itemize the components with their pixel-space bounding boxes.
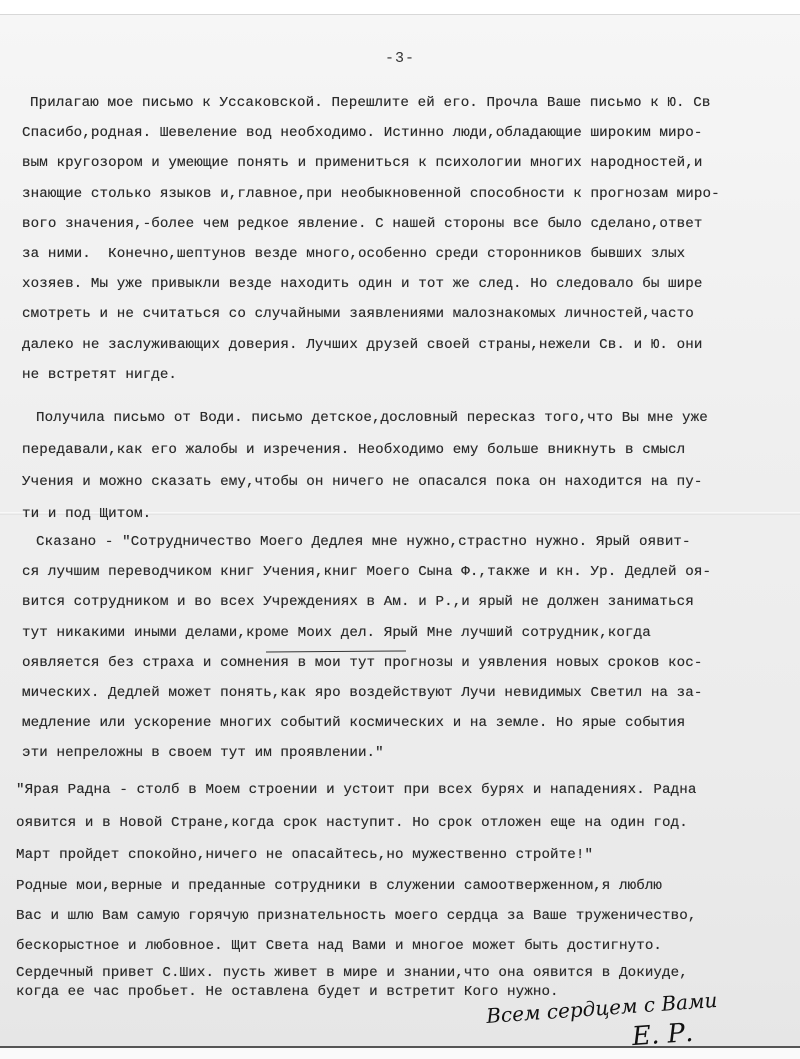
text-line: Спасибо,родная. Шевеление вод необходимо… xyxy=(22,125,703,141)
text-line: далеко не заслуживающих доверия. Лучших … xyxy=(22,337,703,353)
text-line: Март пройдет спокойно,ничего не опасайте… xyxy=(16,847,593,863)
text-line: когда ее час пробьет. Не оставлена будет… xyxy=(16,984,559,1000)
text-line: вится сотрудником и во всех Учреждениях … xyxy=(22,594,694,610)
text-line: за ними. Конечно,шептунов везде много,ос… xyxy=(22,246,685,262)
text-line: передавали,как его жалобы и изречения. Н… xyxy=(22,442,685,458)
document-page: -3- Прилагаю мое письмо к Уссаковской. П… xyxy=(0,0,800,1059)
text-line: Сказано - "Сотрудничество Моего Дедлея м… xyxy=(36,534,691,550)
text-line: оявляется без страха и сомнения в мои ту… xyxy=(22,655,703,671)
text-line: ся лучшим переводчиком книг Учения,книг … xyxy=(22,564,711,580)
text-line: смотреть и не считаться со случайными за… xyxy=(22,306,694,322)
text-line: Сердечный привет С.Ших. пусть живет в ми… xyxy=(16,965,688,981)
page-number: -3- xyxy=(0,50,800,67)
text-line: мических. Дедлей может понять,как яро во… xyxy=(22,685,703,701)
text-line: тут никакими иными делами,кроме Моих дел… xyxy=(22,625,651,641)
text-line: оявится и в Новой Стране,когда срок наст… xyxy=(16,815,688,831)
text-line: медление или ускорение многих событий ко… xyxy=(22,715,685,731)
text-line: вого значения,-более чем редкое явление.… xyxy=(22,216,703,232)
text-line: хозяев. Мы уже привыкли везде находить о… xyxy=(22,276,703,292)
text-line: эти непреложны в своем тут им проявлении… xyxy=(22,745,384,761)
text-line: бескорыстное и любовное. Щит Света над В… xyxy=(16,938,662,954)
paper-top-edge xyxy=(0,0,800,15)
text-line: "Ярая Радна - столб в Моем строении и ус… xyxy=(16,782,697,798)
underline-kроме-moikh-del xyxy=(266,651,406,653)
text-line: ти и под Щитом. xyxy=(22,506,151,522)
text-line: не встретят нигде. xyxy=(22,367,177,383)
text-line: Родные мои,верные и преданные сотрудники… xyxy=(16,878,662,894)
text-line: Учения и можно сказать ему,чтобы он ниче… xyxy=(22,474,703,490)
text-line: Прилагаю мое письмо к Уссаковской. Переш… xyxy=(30,95,711,111)
text-line: Вас и шлю Вам самую горячую признательно… xyxy=(16,908,697,924)
text-line: Получила письмо от Води. письмо детское,… xyxy=(36,410,708,426)
text-line: вым кругозором и умеющие понять и примен… xyxy=(22,155,703,171)
paper-bottom-edge xyxy=(0,1046,800,1059)
text-line: знающие столько языков и,главное,при нео… xyxy=(22,186,720,202)
